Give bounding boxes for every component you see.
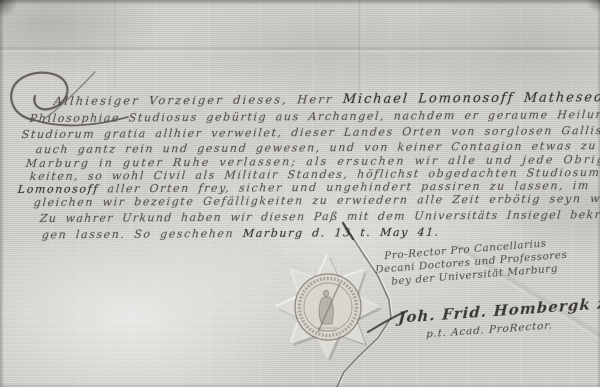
line-text: Studiorum gratia allhier verweilet, dies…: [21, 124, 600, 141]
text-line: Zu wahrer Urkund haben wir diesen Paß mi…: [39, 208, 600, 225]
line-text: gen lassen. So geschehen: [41, 227, 243, 241]
text-line: Philosophiae Studiosus gebürtig aus Arch…: [29, 108, 600, 125]
manuscript-page: Allhiesiger Vorzeiger dieses, Herr Micha…: [0, 0, 600, 387]
text-line: Allhiesiger Vorzeiger dieses, Herr Micha…: [53, 90, 600, 109]
line-text: Philosophiae Studiosus gebürtig aus Arch…: [29, 108, 600, 125]
student-name: Michael Lomonosoff Matheseos et: [342, 90, 600, 107]
student-surname: Lomonosoff: [17, 182, 99, 196]
text-line: Studiorum gratia allhier verweilet, dies…: [21, 124, 600, 141]
line-text: Zu wahrer Urkund haben wir diesen Paß mi…: [39, 208, 600, 225]
text-line: gleichen wir bezeigte Gefälligkeiten zu …: [33, 192, 600, 209]
line-text: Allhiesiger Vorzeiger dieses, Herr: [53, 92, 343, 108]
text-line: gen lassen. So geschehen Marburg d. 13 t…: [41, 226, 440, 242]
line-text: gleichen wir bezeigte Gefälligkeiten zu …: [33, 192, 600, 209]
place-date: Marburg d. 13 t. May 41.: [242, 226, 440, 240]
